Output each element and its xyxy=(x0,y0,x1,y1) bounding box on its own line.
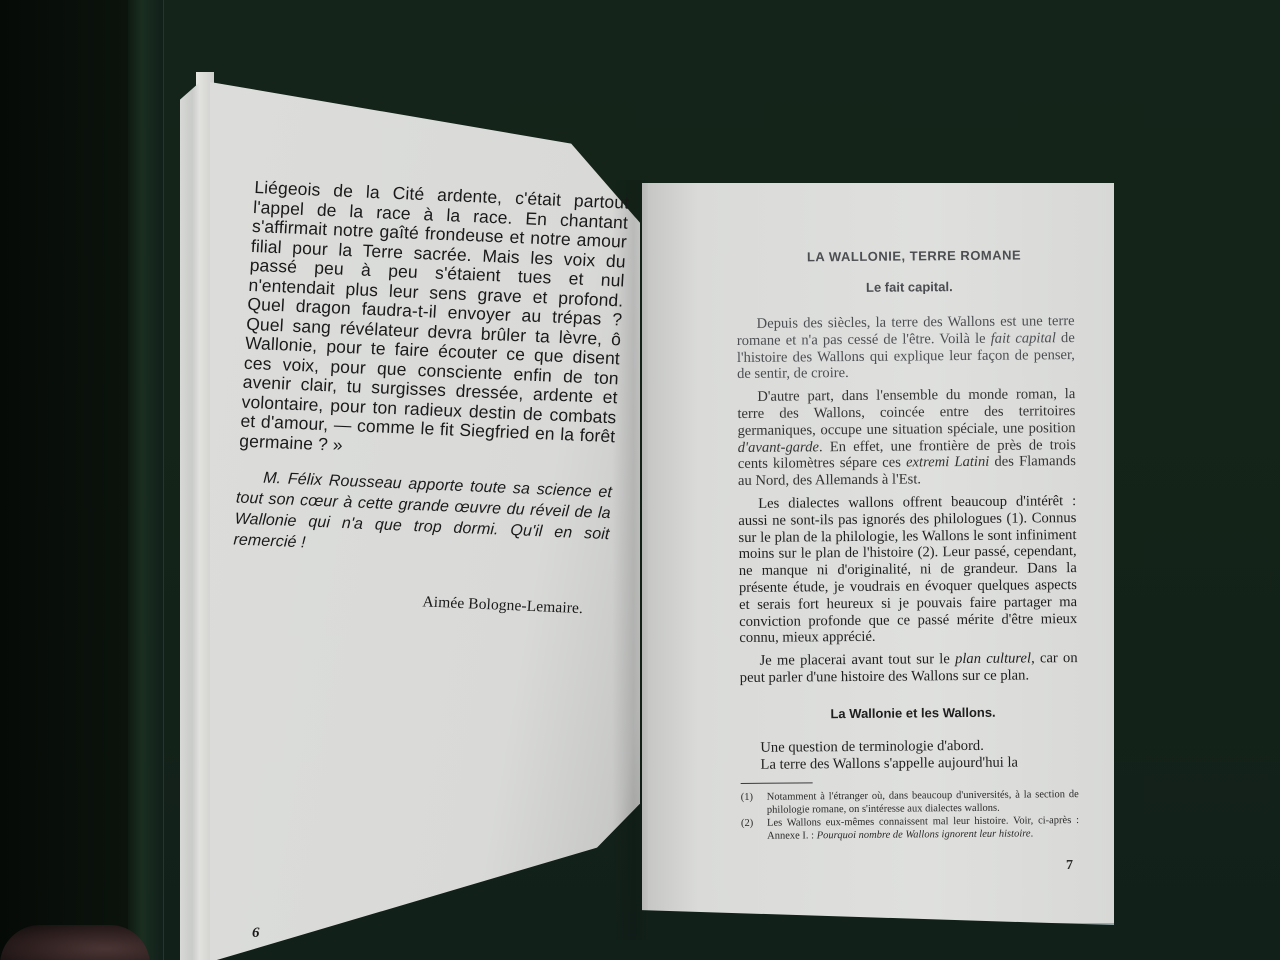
quote-paragraph: Liégeois de la Cité ardente, c'était par… xyxy=(239,178,630,466)
paragraph-3: Les dialectes wallons offrent beaucoup d… xyxy=(738,493,1077,647)
left-page-number: 6 xyxy=(252,925,260,942)
left-page-text: Liégeois de la Cité ardente, c'était par… xyxy=(230,178,630,620)
footnote-2: (2) Les Wallons eux-mêmes connaissent ma… xyxy=(741,814,1079,843)
chapter-title: LA WALLONIE, TERRE ROMANE xyxy=(754,247,1074,265)
paragraph-2: D'autre part, dans l'ensemble du monde r… xyxy=(737,386,1076,490)
italic-run: Pourquoi nombre de Wallons ignorent leur… xyxy=(817,829,1031,842)
footnote-number: (2) xyxy=(741,817,767,843)
text-run: Je me placerai avant tout sur le xyxy=(760,651,956,669)
footnote-1: (1) Notamment à l'étranger où, dans beau… xyxy=(741,788,1079,817)
section-title-wallonie-wallons: La Wallonie et les Wallons. xyxy=(748,704,1078,722)
italic-run: fait capital xyxy=(991,330,1056,347)
page-stack-edge-inner xyxy=(180,82,200,960)
footnote-number: (1) xyxy=(741,791,767,817)
paragraph-6: La terre des Wallons s'appelle aujourd'h… xyxy=(740,754,1078,774)
italic-run: extremi Latini xyxy=(906,454,989,471)
section-title-fait-capital: Le fait capital. xyxy=(744,278,1074,296)
right-page-text: LA WALLONIE, TERRE ROMANE Le fait capita… xyxy=(736,247,1079,843)
footnote-text: Notamment à l'étranger où, dans beaucoup… xyxy=(767,788,1079,817)
footnotes: (1) Notamment à l'étranger où, dans beau… xyxy=(741,788,1079,843)
paragraph-1: Depuis des siècles, la terre des Wallons… xyxy=(737,313,1076,383)
dark-background xyxy=(0,0,140,960)
text-run: D'autre part, dans l'ensemble du monde r… xyxy=(737,386,1075,439)
closing-paragraph: M. Félix Rousseau apporte toute sa scien… xyxy=(233,467,613,567)
footnote-text: Les Wallons eux-mêmes connaissent mal le… xyxy=(767,814,1079,843)
finger xyxy=(0,925,150,960)
text-run: . xyxy=(1031,829,1034,840)
right-page-number: 7 xyxy=(1066,858,1073,874)
board-edge xyxy=(128,0,164,960)
footnote-divider xyxy=(741,783,813,785)
italic-run: d'avant-garde xyxy=(738,439,819,456)
paragraph-4: Je me placerai avant tout sur le plan cu… xyxy=(740,650,1078,687)
italic-run: plan culturel xyxy=(955,651,1031,668)
